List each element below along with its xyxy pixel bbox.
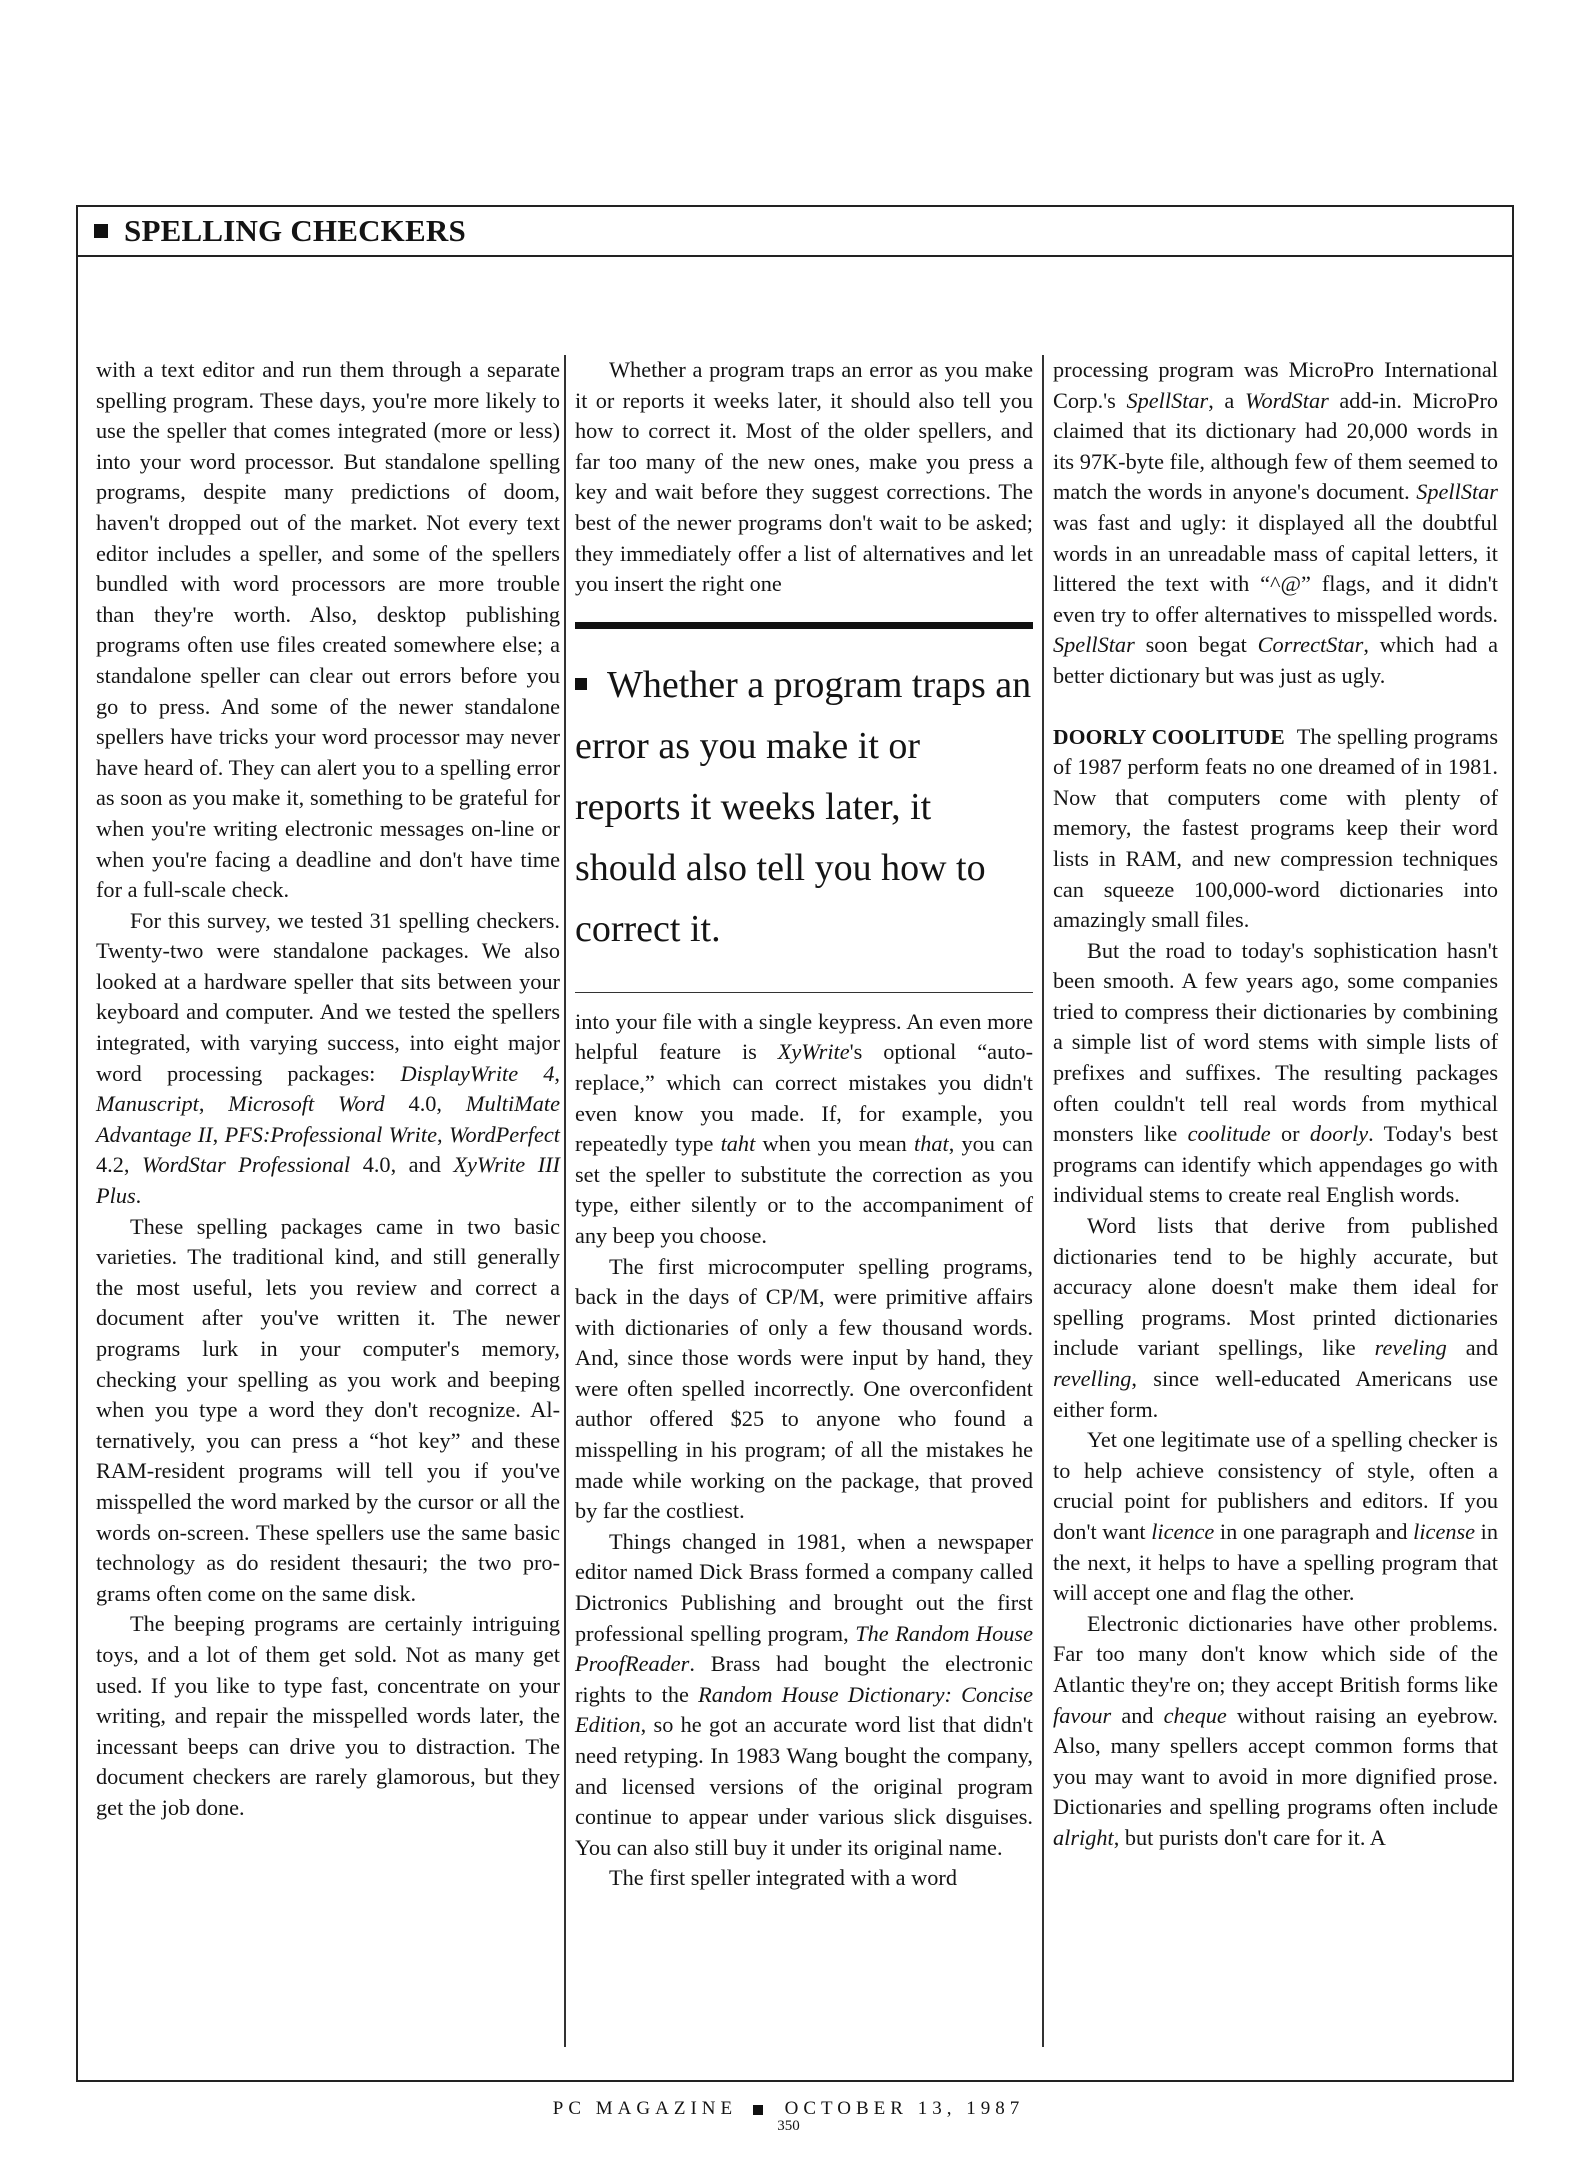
publication-name: PC MAGAZINE xyxy=(553,2098,737,2119)
version: 4.2, xyxy=(96,1152,142,1177)
paragraph: Electronic dictionaries have other prob­… xyxy=(1053,1609,1498,1854)
separator: , xyxy=(199,1091,228,1116)
text: was fast and ugly: it displayed all the … xyxy=(1053,510,1498,627)
paragraph: The first speller integrated with a word xyxy=(575,1863,1033,1894)
product-name: SpellStar xyxy=(1416,479,1498,504)
paragraph-text: For this survey, we tested 31 spelling c… xyxy=(96,908,560,1086)
example-word: rev­el­ing xyxy=(1375,1335,1447,1360)
example-word: revelling xyxy=(1053,1366,1131,1391)
paragraph: But the road to today's sophistication h… xyxy=(1053,936,1498,1211)
column-2: Whether a program traps an error as you … xyxy=(575,355,1033,1894)
example-word: doorly xyxy=(1310,1121,1368,1146)
paragraph-survey: For this survey, we tested 31 spelling c… xyxy=(96,906,560,1212)
square-bullet-icon xyxy=(575,678,587,690)
paragraph: Yet one legitimate use of a spelling che… xyxy=(1053,1425,1498,1609)
paragraph: processing program was MicroPro Inter­na… xyxy=(1053,355,1498,692)
example-word: coolitude xyxy=(1188,1121,1271,1146)
product-name: SpellStar xyxy=(1053,632,1135,657)
article-frame: SPELLING CHECKERS with a text editor and… xyxy=(76,205,1514,2082)
square-bullet-icon xyxy=(94,224,108,238)
pull-quote: Whether a program traps an error as you … xyxy=(575,622,1033,993)
text: Electronic dictionaries have other prob­… xyxy=(1053,1611,1498,1697)
footer-masthead: PC MAGAZINE OCTOBER 13, 1987 xyxy=(0,2098,1577,2120)
paragraph: Word lists that derive from published di… xyxy=(1053,1211,1498,1425)
text: and xyxy=(1111,1703,1163,1728)
version: 4.0, xyxy=(385,1091,466,1116)
example-word: cheque xyxy=(1164,1703,1227,1728)
product-name: DisplayWrite 4 xyxy=(400,1061,554,1086)
example-word: that xyxy=(914,1131,949,1156)
text: soon begat xyxy=(1135,632,1258,657)
paragraph: The first microcomputer spelling pro­gra… xyxy=(575,1252,1033,1527)
paragraph: with a text editor and run them through … xyxy=(96,355,560,906)
product-name: WordPerfect xyxy=(449,1122,560,1147)
text: The spelling programs of 1987 perform fe… xyxy=(1053,724,1498,933)
separator: . xyxy=(136,1183,142,1208)
text: , a xyxy=(1208,388,1245,413)
example-word: licence xyxy=(1151,1519,1214,1544)
text: or xyxy=(1271,1121,1310,1146)
product-name: SpellStar xyxy=(1126,388,1208,413)
paragraph: Whether a program traps an error as you … xyxy=(575,355,1033,600)
example-word: alright xyxy=(1053,1825,1114,1850)
square-bullet-icon xyxy=(753,2105,763,2115)
product-name: WordStar Professional xyxy=(142,1152,350,1177)
spacer xyxy=(1053,692,1498,722)
pull-quote-text: Whether a program traps an error as you … xyxy=(575,655,1033,960)
column-divider xyxy=(564,355,566,2047)
separator: , xyxy=(554,1061,560,1086)
column-3: processing program was MicroPro Inter­na… xyxy=(1053,355,1498,1854)
product-name: XyWrite xyxy=(778,1039,850,1064)
paragraph: Things changed in 1981, when a news­pape… xyxy=(575,1527,1033,1864)
product-name: CorrectStar xyxy=(1258,632,1364,657)
product-name: WordStar xyxy=(1245,388,1329,413)
paragraph: These spelling packages came in two basi… xyxy=(96,1212,560,1610)
text: , but purists don't care for it. A xyxy=(1114,1825,1386,1850)
text: when you mean xyxy=(755,1131,914,1156)
section-header: SPELLING CHECKERS xyxy=(78,207,1512,257)
example-word: taht xyxy=(721,1131,756,1156)
pull-quote-body: Whether a program traps an error as you … xyxy=(575,664,1031,950)
page-number: 350 xyxy=(0,2118,1577,2134)
page-footer: PC MAGAZINE OCTOBER 13, 1987 350 xyxy=(0,2098,1577,2134)
product-name: Manuscript xyxy=(96,1091,199,1116)
column-1: with a text editor and run them through … xyxy=(96,355,560,1824)
paragraph: The beeping programs are certainly in­tr… xyxy=(96,1609,560,1823)
product-name: PFS:Professional Write xyxy=(225,1122,437,1147)
text: , so he got an accurate word list that d… xyxy=(575,1712,1033,1859)
paragraph-with-subhead: DOORLY COOLITUDE The spelling programs o… xyxy=(1053,722,1498,936)
example-word: license xyxy=(1413,1519,1475,1544)
issue-date: OCTOBER 13, 1987 xyxy=(785,2098,1025,2119)
example-word: favour xyxy=(1053,1703,1111,1728)
text: But the road to today's sophistication h… xyxy=(1053,938,1498,1147)
subhead: DOORLY COOLITUDE xyxy=(1053,725,1285,749)
column-divider xyxy=(1042,355,1044,2047)
product-name: Microsoft Word xyxy=(228,1091,384,1116)
paragraph: into your file with a single keypress. A… xyxy=(575,1007,1033,1252)
version: 4.0, and xyxy=(350,1152,453,1177)
section-title: SPELLING CHECKERS xyxy=(124,213,466,249)
text: and xyxy=(1447,1335,1498,1360)
separator: , xyxy=(437,1122,449,1147)
separator: , xyxy=(213,1122,225,1147)
text: in one paragraph and xyxy=(1214,1519,1413,1544)
